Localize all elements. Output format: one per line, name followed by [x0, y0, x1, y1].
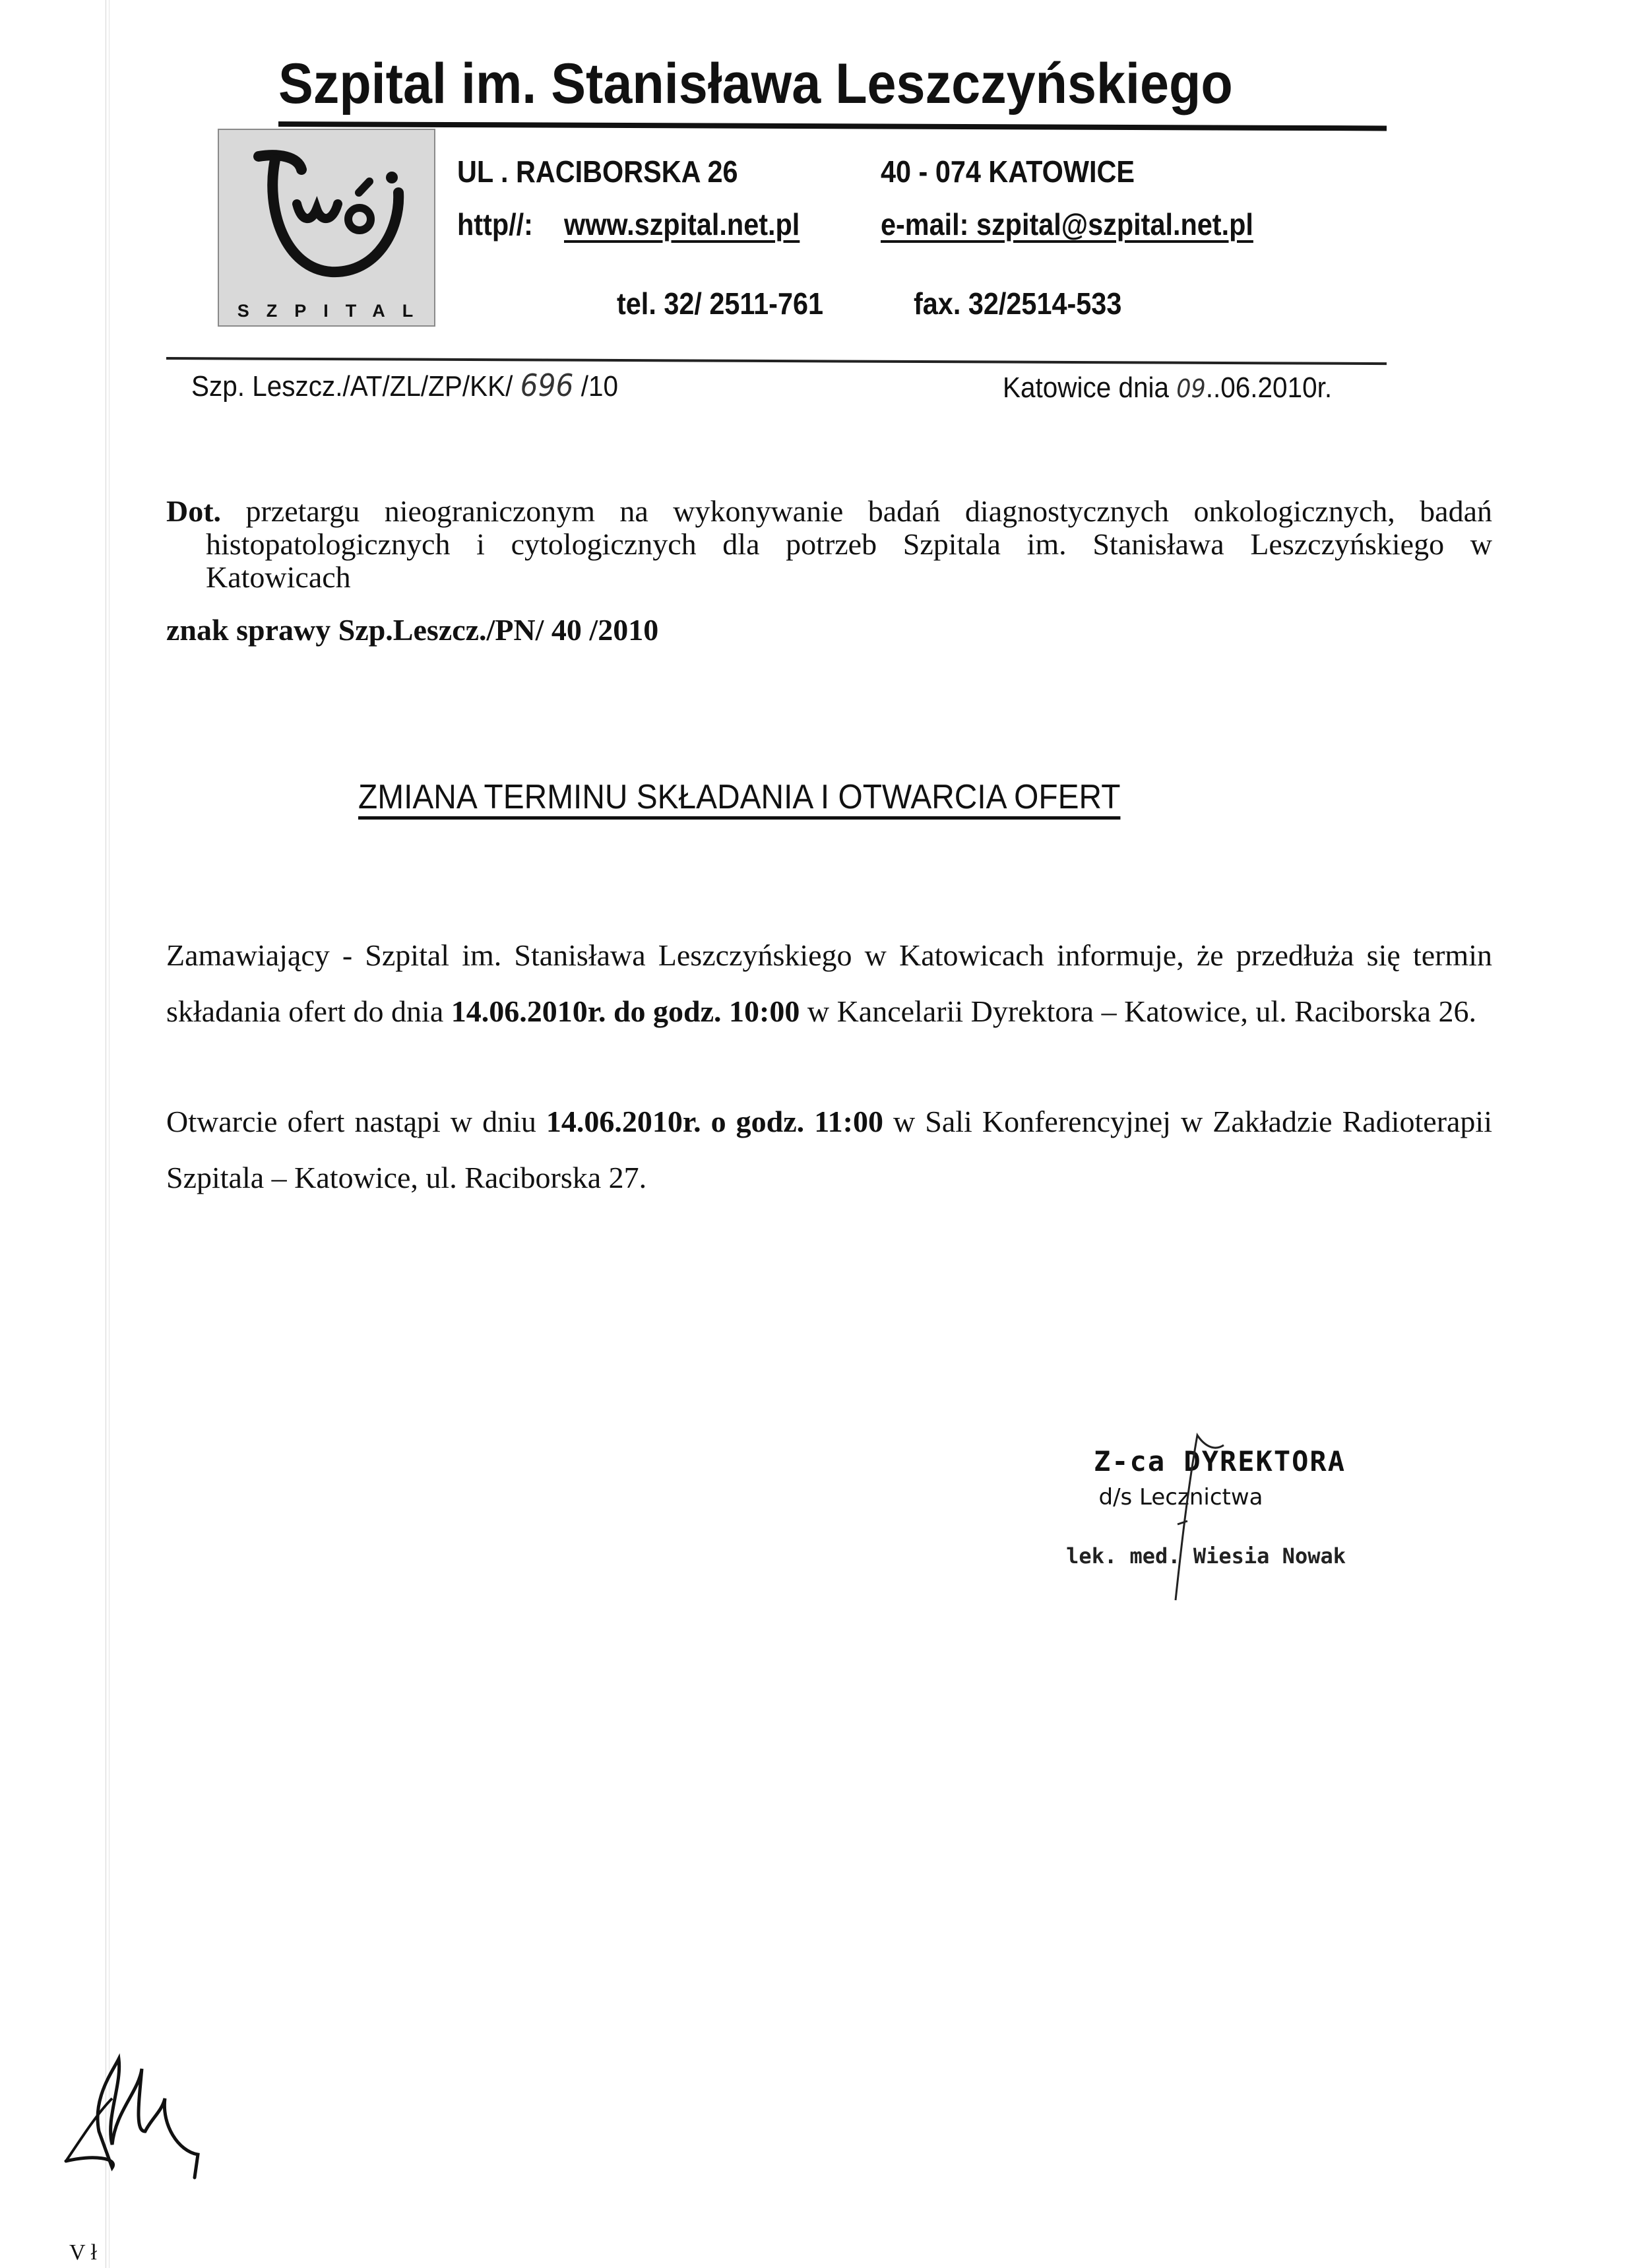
initials-signature-icon	[0, 0, 1636, 2268]
margin-initials: V ł	[69, 2240, 97, 2265]
